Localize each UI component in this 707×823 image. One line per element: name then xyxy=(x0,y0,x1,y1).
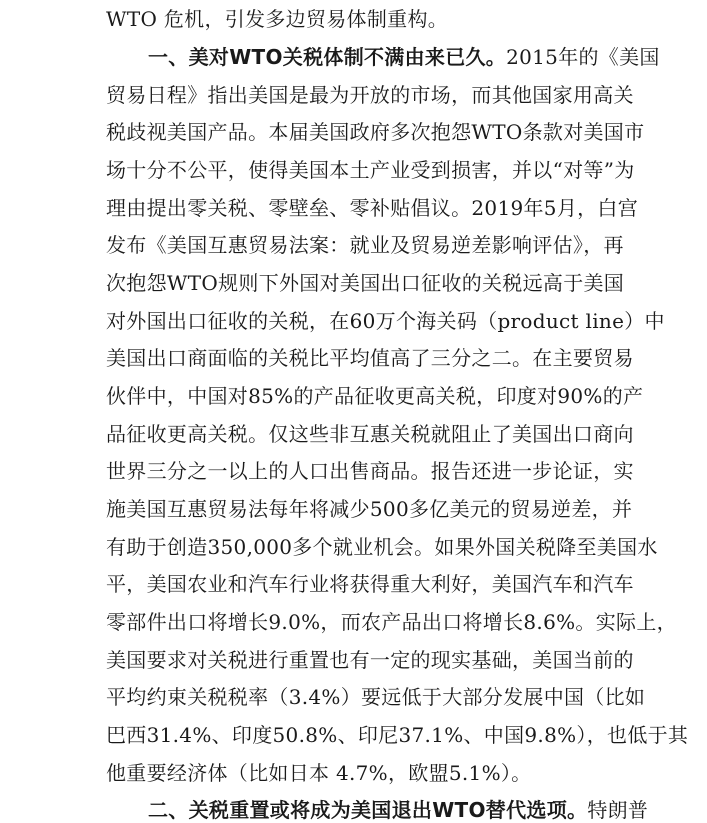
text-line: 发布《美国互惠贸易法案：就业及贸易逆差影响评估》，再 xyxy=(106,226,602,264)
text-line: 伙伴中，中国对85%的产品征收更高关税，印度对90%的产 xyxy=(106,377,602,415)
text-line: 美国出口商面临的关税比平均值高了三分之二。在主要贸易 xyxy=(106,339,602,377)
text-line: 零部件出口将增长9.0%，而农产品出口将增长8.6%。实际上， xyxy=(106,603,602,641)
text-line: 平均约束关税税率（3.4%）要远低于大部分发展中国（比如 xyxy=(106,678,602,716)
section-heading: 二、关税重置或将成为美国退出WTO替代选项。 xyxy=(148,798,587,822)
text-line: 他重要经济体（比如日本 4.7%，欧盟5.1%）。 xyxy=(106,754,602,792)
text-span: 特朗普 xyxy=(587,798,648,822)
text-line: 对外国出口征收的关税，在60万个海关码（product line）中 xyxy=(106,302,602,340)
text-line: 品征收更高关税。仅这些非互惠关税就阻止了美国出口商向 xyxy=(106,415,602,453)
text-line: 平，美国农业和汽车行业将获得重大利好，美国汽车和汽车 xyxy=(106,565,602,603)
text-line: 有助于创造350,000多个就业机会。如果外国关税降至美国水 xyxy=(106,528,602,566)
text-line: 税歧视美国产品。本届美国政府多次抱怨WTO条款对美国市 xyxy=(106,113,602,151)
text-line: 场十分不公平，使得美国本土产业受到损害，并以“对等”为 xyxy=(106,151,602,189)
text-line: 巴西31.4%、印度50.8%、印尼37.1%、中国9.8%），也低于其 xyxy=(106,716,602,754)
section-heading-line: 二、关税重置或将成为美国退出WTO替代选项。特朗普 xyxy=(148,791,602,823)
text-span: 2015年的《美国 xyxy=(506,45,660,69)
text-line: 世界三分之一以上的人口出售商品。报告还进一步论证，实 xyxy=(106,452,602,490)
text-line: 贸易日程》指出美国是最为开放的市场，而其他国家用高关 xyxy=(106,76,602,114)
text-line: 理由提出零关税、零壁垒、零补贴倡议。2019年5月，白宫 xyxy=(106,189,602,227)
section-heading: 一、美对WTO关税体制不满由来已久。 xyxy=(148,45,506,69)
text-line: 施美国互惠贸易法每年将减少500多亿美元的贸易逆差，并 xyxy=(106,490,602,528)
text-line: 美国要求对关税进行重置也有一定的现实基础，美国当前的 xyxy=(106,641,602,679)
section-heading-line: 一、美对WTO关税体制不满由来已久。2015年的《美国 xyxy=(148,38,602,76)
text-line: WTO 危机，引发多边贸易体制重构。 xyxy=(106,0,602,38)
text-line: 次抱怨WTO规则下外国对美国出口征收的关税远高于美国 xyxy=(106,264,602,302)
